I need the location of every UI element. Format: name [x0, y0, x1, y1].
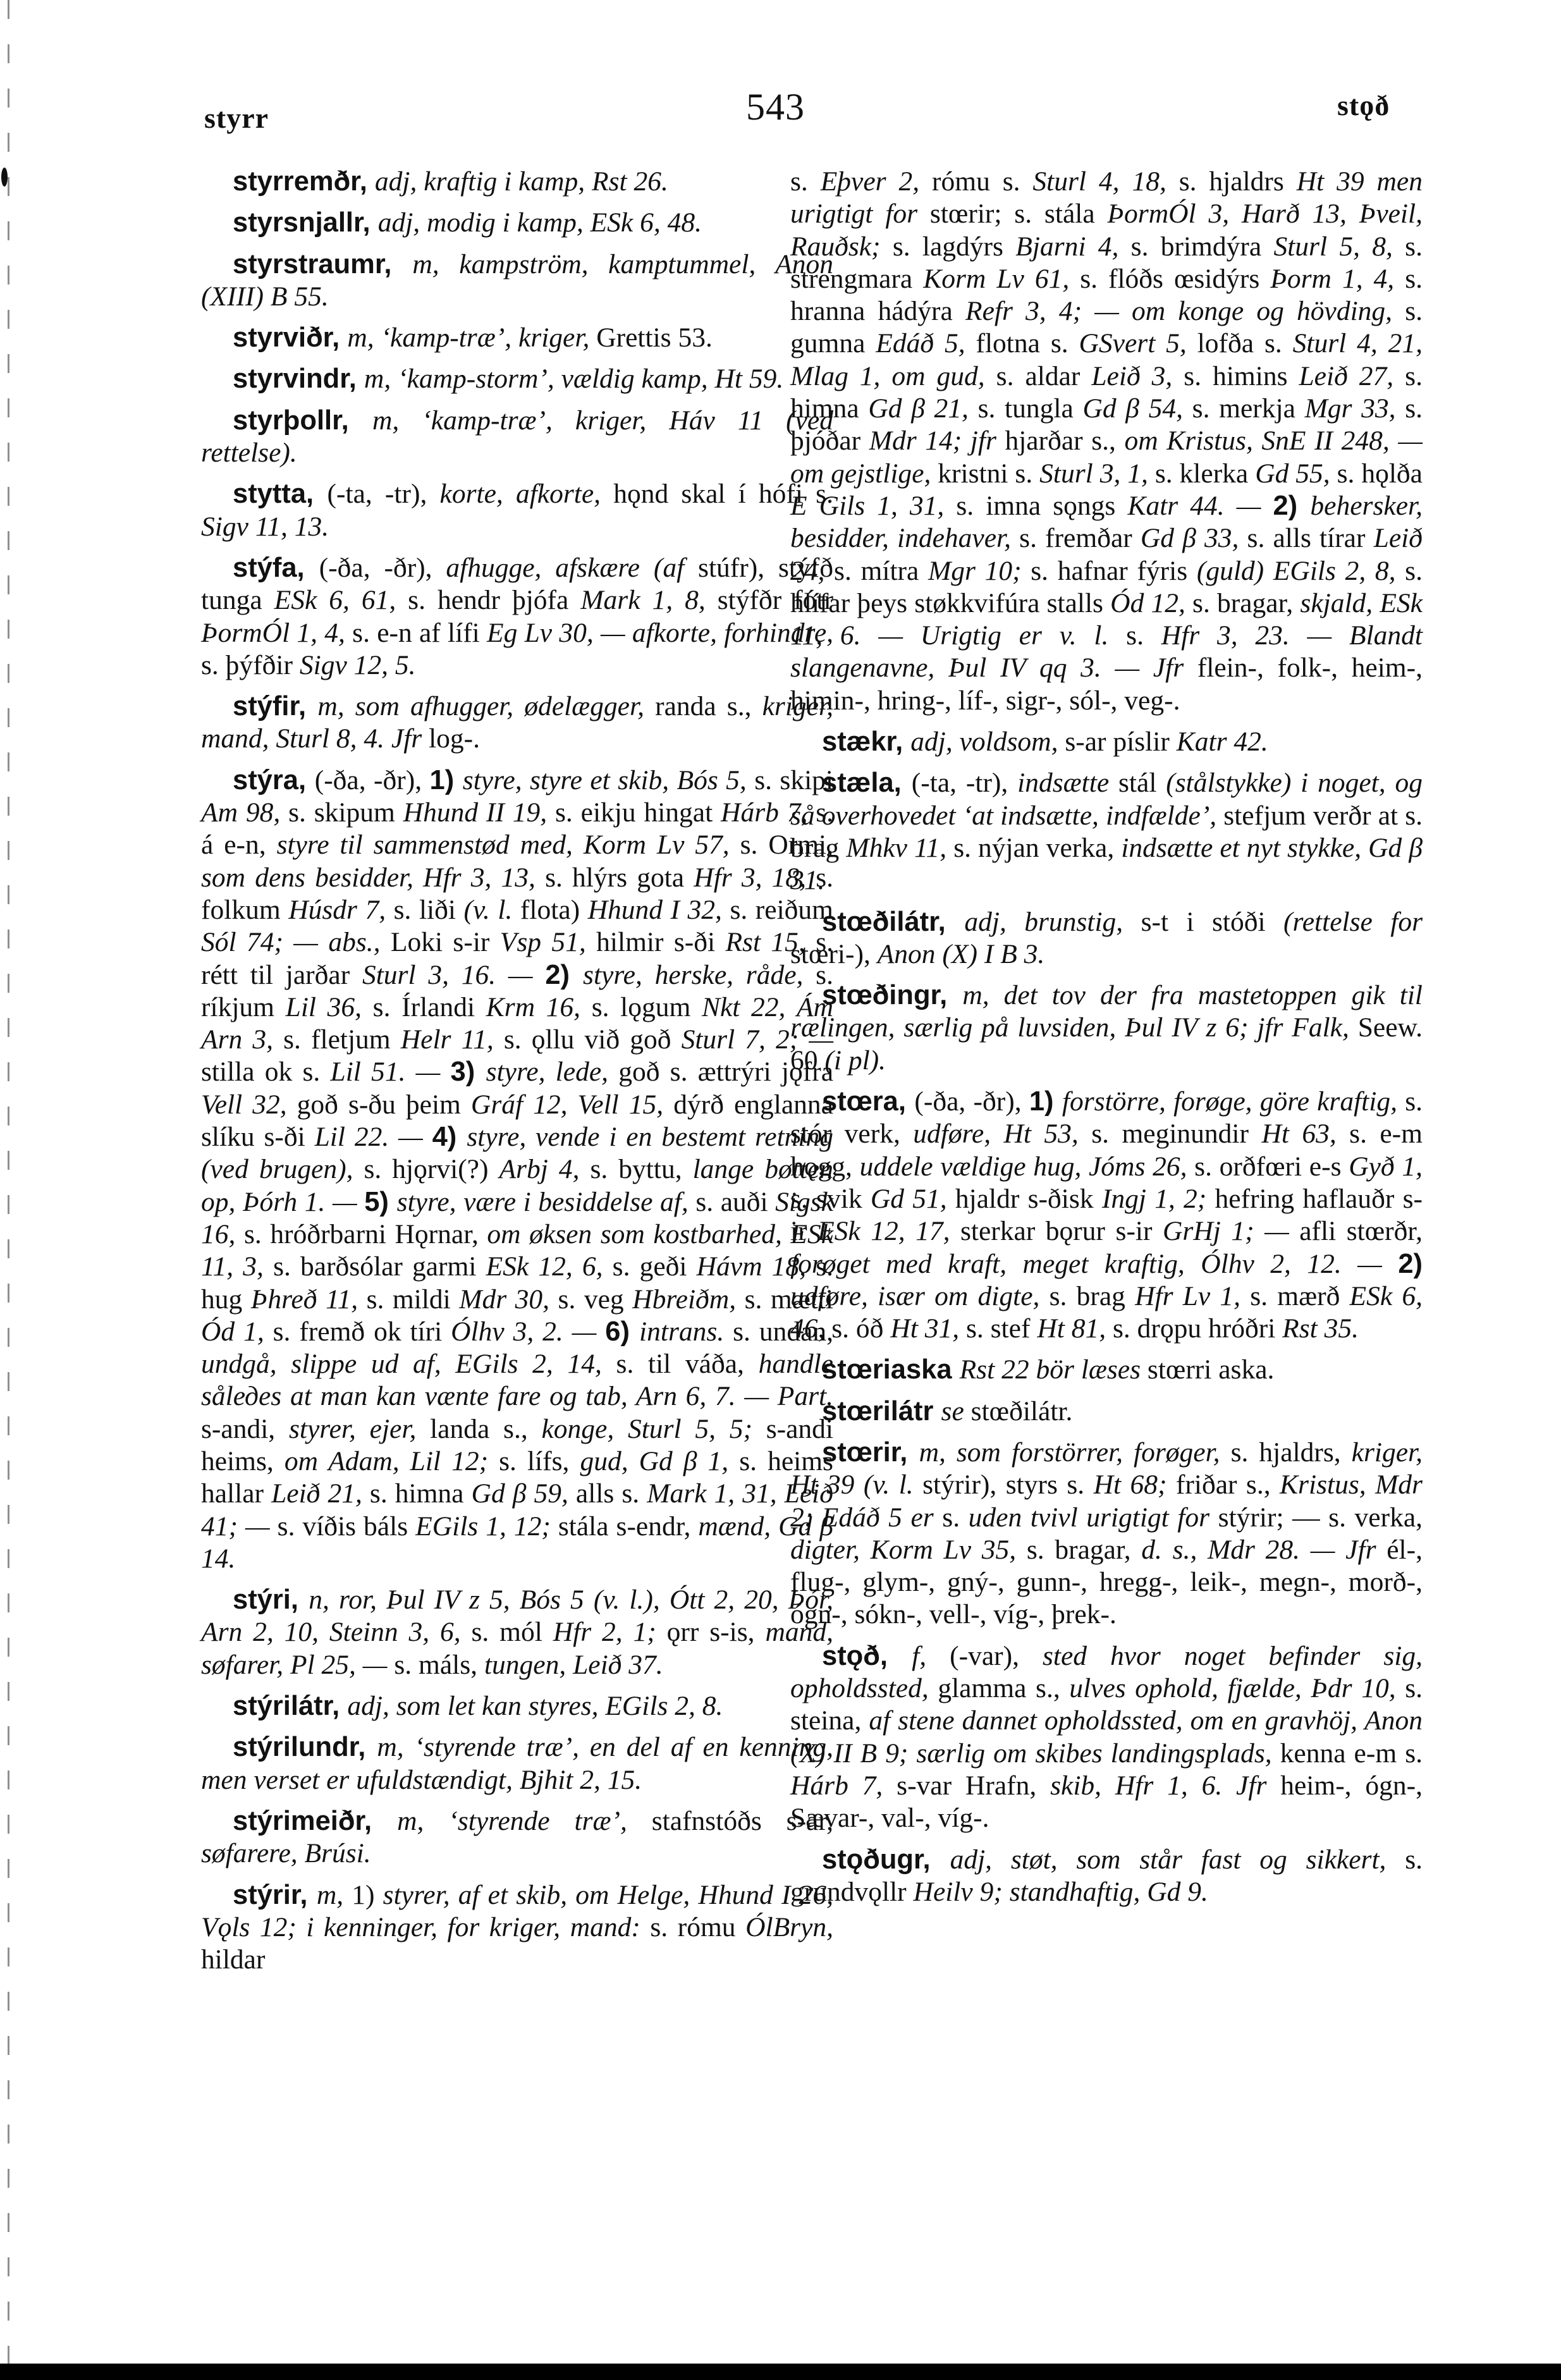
italic-text: ESk 6, 61, — [274, 585, 408, 615]
text: s. brimdýra — [1131, 231, 1274, 262]
text: stœrir; s. stála — [930, 199, 1108, 229]
italic-text: Gráf 12, Vell 15, — [471, 1089, 673, 1120]
italic-text: Katr 42. — [1177, 727, 1268, 757]
text: s. hjaldrs, — [1231, 1437, 1352, 1468]
headword: stœrilátr — [822, 1396, 941, 1426]
text: stál — [1118, 768, 1166, 798]
scan-bottom-border — [0, 2364, 1561, 2380]
text: stýrir), styrs s. — [922, 1469, 1093, 1500]
text: sterkar bǫrur s-ir — [960, 1216, 1163, 1246]
text: (-var), — [950, 1641, 1043, 1671]
text: hilmir s-ði — [596, 927, 725, 957]
text: stilla ok s. — [201, 1057, 331, 1087]
italic-text: m, som forstörrer, forøger, — [919, 1437, 1231, 1468]
italic-text: styre, styre et skib, Bós 5, — [463, 765, 754, 795]
right-column: s. Eþver 2, rómu s. Sturl 4, 18, s. hjal… — [790, 166, 1423, 1908]
text: rómu s. — [932, 166, 1032, 197]
text: s. bragar, — [1027, 1535, 1141, 1565]
text: s. máls, — [394, 1650, 484, 1680]
sense-number: 5) — [364, 1187, 396, 1217]
text: goð s-ðu þeim — [297, 1089, 471, 1120]
headword: stœriaska — [822, 1354, 960, 1385]
text: s-t i stóði — [1141, 907, 1283, 937]
dictionary-entry: stœrilátr se stœðilátr. — [790, 1395, 1423, 1428]
italic-text: Gd β 59, — [472, 1478, 576, 1509]
italic-text: Katr 44. — — [1127, 491, 1273, 521]
text: s. mól — [472, 1617, 553, 1647]
italic-text: Lil 36, — [286, 992, 373, 1022]
italic-text: intrans. — [639, 1316, 733, 1347]
italic-text: Hárb 7, — [790, 1770, 897, 1801]
dictionary-entry: stýrir, m, 1) styrer, af et skib, om Hel… — [201, 1879, 833, 1977]
italic-text: Húsdr 7, — [288, 895, 393, 925]
italic-text: digter, Korm Lv 35, — [790, 1535, 1027, 1565]
dictionary-entry: stýfa, (-ða, -ðr), afhugge, afskære (af … — [201, 552, 833, 682]
italic-text: gud, Gd β 1, — [580, 1446, 739, 1476]
text: s. barðsólar garmi — [273, 1251, 486, 1282]
italic-text: uden tvivl urigtigt for — [969, 1502, 1218, 1533]
italic-text: f, — [912, 1641, 950, 1671]
sense-number: 4) — [432, 1122, 467, 1152]
italic-text: adj, støt, som står fast og sikkert, — [950, 1844, 1405, 1875]
italic-text: Hfr 2, 1; — [553, 1617, 667, 1647]
dictionary-entry: stýra, (-ða, -ðr), 1) styre, styre et sk… — [201, 764, 833, 1575]
text: stœrri aska. — [1148, 1354, 1275, 1385]
text: flota) — [520, 895, 588, 925]
left-column: styrremðr, adj, kraftig i kamp, Rst 26.s… — [201, 166, 833, 1976]
italic-text: Eþver 2, — [821, 166, 932, 197]
text: s. auði — [695, 1187, 775, 1217]
italic-text: undgå, slippe ud af, EGils 2, 14, — [201, 1349, 616, 1379]
text: s. veg — [558, 1284, 633, 1315]
text: s. meginundir — [1091, 1119, 1261, 1149]
text: s. — [790, 166, 821, 197]
dictionary-entry: styrremðr, adj, kraftig i kamp, Rst 26. — [201, 166, 833, 198]
italic-text: forstörre, forøge, göre kraftig, — [1062, 1086, 1405, 1117]
italic-text: afhugge, afskære (af — [446, 553, 698, 583]
italic-text: GSvert 5, — [1079, 328, 1197, 359]
text: glamma s., — [938, 1673, 1069, 1703]
italic-text: Þhreð 11, — [251, 1284, 367, 1315]
text: Grettis 53. — [596, 322, 713, 353]
italic-text: ÓlBryn, — [745, 1912, 833, 1942]
entry-continuation: s. Eþver 2, rómu s. Sturl 4, 18, s. hjal… — [790, 166, 1423, 717]
italic-text: se — [941, 1396, 971, 1426]
text: s. hendr þjófa — [408, 585, 580, 615]
italic-text: Hhund I 32, — [588, 895, 730, 925]
italic-text: m, ‘kamp-storm’, vældig kamp, Ht 59. — [364, 364, 783, 394]
text: (-ða, -ðr), — [319, 553, 446, 583]
text: s. eikju hingat — [555, 797, 721, 828]
italic-text: GrHj 1; — — [1163, 1216, 1299, 1246]
italic-text: Krm 16, — [486, 992, 592, 1022]
dictionary-entry: stœðingr, m, det tov der fra mastetoppen… — [790, 979, 1423, 1077]
text: s. brag — [1050, 1281, 1136, 1311]
text: s. orðfœri e-s — [1194, 1151, 1349, 1182]
headword: stǫðugr, — [822, 1844, 950, 1875]
italic-text: søfarere, Brúsi. — [201, 1838, 371, 1868]
text: log-. — [429, 723, 480, 754]
text: s. óð — [831, 1313, 890, 1344]
italic-text: Sól 74; — abs., — [201, 927, 391, 957]
italic-text: Bjarni 4, — [1015, 231, 1130, 262]
headword: stýrimeiðr, — [233, 1806, 397, 1836]
italic-text: styre, herske, råde, — [583, 960, 816, 990]
italic-text: adj, brunstig, — [964, 907, 1141, 937]
italic-text: Þorm 1, 4, — [1270, 264, 1405, 294]
headword: stýrilundr, — [233, 1732, 377, 1762]
italic-text: Mhkv 11, — [846, 833, 953, 863]
text: flotna s. — [976, 328, 1079, 359]
italic-text: ESk 12, 6, — [486, 1251, 613, 1282]
italic-text: indsætte — [1017, 768, 1118, 798]
text: s. drǫpu hróðri — [1113, 1313, 1282, 1344]
dictionary-entry: styrviðr, m, ‘kamp-træ’, kriger, Grettis… — [201, 322, 833, 354]
italic-text: m, ‘styrende træ’, — [397, 1806, 652, 1836]
dictionary-entry: stæla, (-ta, -tr), indsætte stál (stålst… — [790, 767, 1423, 897]
italic-text: adj, voldsom, — [910, 727, 1065, 757]
italic-text: Leið 27, — [1299, 361, 1405, 391]
sense-number: 6) — [605, 1316, 639, 1347]
italic-text: Ht 68; — [1094, 1469, 1176, 1500]
italic-text: Ht 31, — [890, 1313, 966, 1344]
sense-number: 1) — [1029, 1086, 1062, 1117]
italic-text: Rst 35. — [1282, 1313, 1359, 1344]
text: ǫrr s-is, — [667, 1617, 766, 1647]
sense-number: 3) — [451, 1057, 486, 1087]
italic-text: Sigv 12, 5. — [300, 650, 416, 680]
text: s. merkja — [1192, 393, 1305, 424]
text: hildar — [201, 1944, 265, 1975]
text: s. imna sǫngs — [956, 491, 1127, 521]
text: s. skipum — [288, 797, 403, 828]
text: s. aldar — [996, 361, 1092, 391]
dictionary-entry: styrþollr, m, ‘kamp-træ’, kriger, Háv 11… — [201, 405, 833, 470]
italic-text: styre, lede, — [486, 1057, 619, 1087]
italic-text: Gd 51, — [871, 1184, 955, 1214]
italic-text: Ht 63, — [1261, 1119, 1349, 1149]
text: s. lagdýrs — [893, 231, 1015, 262]
italic-text: Anon (X) I B 3. — [878, 939, 1045, 969]
text: s. geði — [613, 1251, 697, 1282]
italic-text: uddele vældige hug, Jóms 26, — [860, 1151, 1195, 1182]
headword: stýra, — [233, 765, 315, 795]
text: s. hjaldrs — [1179, 166, 1297, 197]
text: s. mærð — [1250, 1281, 1349, 1311]
text: stála s-endr, — [558, 1511, 699, 1542]
dictionary-entry: stœðilátr, adj, brunstig, s-t i stóði (r… — [790, 906, 1423, 971]
dictionary-entry: stytta, (-ta, -tr), korte, afkorte, hǫnd… — [201, 478, 833, 543]
italic-text: Sigv 11, 13. — [201, 512, 329, 542]
italic-text: Mgr 10; — [928, 556, 1031, 586]
text: Loki s-ir — [391, 927, 500, 957]
italic-text: Leið 21, — [271, 1478, 370, 1509]
italic-text: Leið 3, — [1091, 361, 1184, 391]
italic-text: Ht 81, — [1037, 1313, 1113, 1344]
italic-text: Vsp 51, — [500, 927, 596, 957]
text: s. byttu, — [590, 1154, 692, 1184]
sense-number: 1) — [430, 765, 463, 795]
text: s. klerka — [1155, 458, 1255, 489]
sense-number: 2) — [1398, 1249, 1423, 1279]
dictionary-entry: stýrilundr, m, ‘styrende træ’, en del af… — [201, 1731, 833, 1796]
italic-text: Am 98, — [201, 797, 288, 828]
text: s. liði — [394, 895, 464, 925]
headword: styrsnjallr, — [233, 207, 378, 238]
text: s. himins — [1184, 361, 1299, 391]
headword: styrviðr, — [233, 322, 347, 353]
italic-text: Heilv 9; standhaftig, Gd 9. — [914, 1877, 1208, 1907]
italic-text: styrer, ejer, — [289, 1414, 430, 1444]
italic-text: Mdr 30, — [459, 1284, 558, 1315]
text: s. rómu — [650, 1912, 745, 1942]
italic-text: Gd 55, — [1255, 458, 1337, 489]
italic-text: Ólhv 3, 2. — — [451, 1316, 605, 1347]
italic-text: Vell 32, — [201, 1089, 297, 1120]
italic-text: styre, være i besiddelse af, — [397, 1187, 696, 1217]
text: s. — [942, 1502, 968, 1533]
dictionary-entry: stœrir, m, som forstörrer, forøger, s. h… — [790, 1437, 1423, 1631]
italic-text: (v. l. — [463, 895, 520, 925]
text: s. tungla — [978, 393, 1083, 424]
italic-text: adj, kraftig i kamp, Rst 26. — [375, 166, 668, 197]
italic-text: Helr 11, — [401, 1024, 504, 1055]
italic-text: (rettelse for — [1283, 907, 1423, 937]
text: s-ar píslir — [1065, 727, 1176, 757]
running-head-left: styrr — [204, 101, 269, 135]
text: s. lífs, — [499, 1446, 580, 1476]
text: stýrir; — s. verka, — [1218, 1502, 1423, 1533]
italic-text: Ód 12, — [1110, 588, 1192, 618]
text: stœðilátr. — [971, 1396, 1073, 1426]
text: s. nýjan verka, — [953, 833, 1121, 863]
text: s. hlýrs gota — [545, 862, 694, 893]
italic-text: Sturl 4, 18, — [1032, 166, 1178, 197]
italic-text: Arbj 4, — [499, 1154, 590, 1184]
italic-text: m, — [317, 1880, 352, 1910]
headword: stœðilátr, — [822, 907, 964, 937]
text: s. himna — [370, 1478, 472, 1509]
headword: styrstraumr, — [233, 249, 412, 279]
sense-number: 2) — [1273, 491, 1310, 521]
text: s. svik — [790, 1184, 871, 1214]
italic-text: m, som afhugger, ødelægger, — [317, 691, 655, 721]
headword: stœðingr, — [822, 980, 962, 1010]
italic-text: skib, Hfr 1, 6. Jfr — [1050, 1770, 1280, 1801]
italic-text: d. s., Mdr 28. — Jfr — [1141, 1535, 1387, 1565]
dictionary-entry: stýrilátr, adj, som let kan styres, EGil… — [201, 1690, 833, 1722]
italic-text: Lil 51. — — [331, 1057, 451, 1087]
text: (-ða, -ðr), — [315, 765, 430, 795]
italic-text: tungen, Leið 37. — [484, 1650, 663, 1680]
text: s. hjǫrvi(?) — [364, 1154, 499, 1184]
italic-text: Hbreiðm, — [632, 1284, 744, 1315]
dictionary-entry: stǫðugr, adj, støt, som står fast og sik… — [790, 1844, 1423, 1909]
italic-text: Sturl 3, 16. — — [362, 960, 545, 990]
italic-text: (i pl). — [824, 1045, 886, 1076]
italic-text: Eg Lv 30, — afkorte, forhindre, — [487, 618, 833, 648]
italic-text: Korm Lv 61, — [923, 264, 1080, 294]
text: s. — [1126, 620, 1161, 651]
text: s. ǫllu við goð — [504, 1024, 682, 1055]
page-number: 543 — [746, 85, 805, 129]
italic-text: Ingj 1, 2; — [1102, 1184, 1215, 1214]
scan-edge-line — [8, 0, 9, 2380]
text: hjaldr s-ðisk — [955, 1184, 1102, 1214]
text: alls s. — [576, 1478, 647, 1509]
italic-text: m, ‘kamp-træ’, kriger, — [347, 322, 596, 353]
italic-text: Mark 1, 8, — [580, 585, 717, 615]
headword: stýrir, — [233, 1880, 317, 1910]
italic-text: korte, afkorte, — [440, 479, 614, 509]
italic-text: som dens besidder, Hfr 3, 13, — [201, 862, 545, 893]
text: s. til váða, — [616, 1349, 759, 1379]
italic-text: konge, Sturl 5, 5; — [541, 1414, 766, 1444]
text: s-andi, — [201, 1414, 289, 1444]
dictionary-entry: stœriaska Rst 22 bör læses stœrri aska. — [790, 1354, 1423, 1386]
text: s-var Hrafn, — [897, 1770, 1050, 1801]
text: (-ta, -tr), — [328, 479, 440, 509]
text: (-ða, -ðr), — [914, 1086, 1029, 1117]
text: s. flóðs œsidýrs — [1080, 264, 1270, 294]
text: 1) — [352, 1880, 383, 1910]
text: s. bragar, — [1192, 588, 1300, 618]
headword: stýri, — [233, 1585, 309, 1615]
italic-text: adj, modig i kamp, ESk 6, 48. — [378, 207, 702, 238]
italic-text: om Adam, Lil 12; — [285, 1446, 499, 1476]
italic-text: Sturl 5, 8, — [1273, 231, 1405, 262]
dictionary-entry: stýfir, m, som afhugger, ødelægger, rand… — [201, 690, 833, 756]
italic-text: E Gils 1, 31, — [790, 491, 956, 521]
dictionary-entry: stœra, (-ða, -ðr), 1) forstörre, forøge,… — [790, 1086, 1423, 1345]
text: lofða s. — [1197, 328, 1293, 359]
headword: stœra, — [822, 1086, 914, 1117]
italic-text: Gd β 21, — [868, 393, 977, 424]
headword: stæla, — [822, 768, 912, 798]
italic-text: Edáð 5, — [876, 328, 976, 359]
italic-text: Gyð 1, — [1349, 1151, 1423, 1182]
headword: stækr, — [822, 727, 910, 757]
text: s. mítra — [834, 556, 928, 586]
italic-text: EGils 1, 12; — [415, 1511, 558, 1542]
text: hjarðar s., — [1005, 426, 1124, 456]
text: s. þýfðir — [201, 650, 300, 680]
text: s. e-n af lífi — [352, 618, 487, 648]
running-head-right: stǫð — [1337, 89, 1390, 122]
text: s. stef — [966, 1313, 1037, 1344]
italic-text: Mdr 14; jfr — [869, 426, 1005, 456]
italic-text: Ód 1, — [201, 1316, 273, 1347]
text: s. hróðrbarni Hǫrnar, — [244, 1219, 487, 1249]
headword: stytta, — [233, 479, 328, 509]
text: s. lǫgum — [592, 992, 702, 1022]
dictionary-entry: styrvindr, m, ‘kamp-storm’, vældig kamp,… — [201, 363, 833, 395]
dictionary-entry: stýri, n, ror, Þul IV z 5, Bós 5 (v. l.)… — [201, 1584, 833, 1681]
headword: stǫð, — [822, 1641, 912, 1671]
headword: styrremðr, — [233, 166, 375, 197]
italic-text: udføre, især om digte, — [790, 1281, 1050, 1311]
italic-text: udføre, Ht 53, — [913, 1119, 1091, 1149]
headword: stýfir, — [233, 691, 317, 721]
text: kristni s. — [938, 458, 1039, 489]
italic-text: ÞormÓl 1, 4, — [201, 618, 352, 648]
italic-text: styre til sammenstød med, Korm Lv 57, — [277, 830, 740, 860]
text: s. fletjum — [283, 1024, 401, 1055]
italic-text: adj, som let kan styres, EGils 2, 8. — [347, 1691, 723, 1721]
text: friðar s., — [1176, 1469, 1280, 1500]
text: s. mildi — [367, 1284, 460, 1315]
italic-text: forøget med kraft, meget kraftig, Ólhv 2… — [790, 1249, 1398, 1279]
text: s. hǫlða — [1337, 458, 1423, 489]
text: landa s., — [430, 1414, 541, 1444]
sense-number: 2) — [545, 960, 583, 990]
italic-text: Sturl 3, 1, — [1039, 458, 1155, 489]
dictionary-entry: stǫð, f, (-var), sted hvor noget befinde… — [790, 1640, 1423, 1835]
text: s. víðis báls — [278, 1511, 415, 1542]
headword: styrþollr, — [233, 405, 372, 436]
dictionary-entry: styrstraumr, m, kampström, kamptummel, A… — [201, 248, 833, 314]
text: (-ta, -tr), — [912, 768, 1017, 798]
italic-text: Mgr 33, — [1305, 393, 1405, 424]
italic-text: Lil 22. — — [315, 1122, 432, 1152]
text: s. fremðar — [1019, 523, 1141, 553]
headword: styrvindr, — [233, 364, 364, 394]
text: randa s., — [655, 691, 762, 721]
italic-text: Hfr Lv 1, — [1135, 1281, 1250, 1311]
headword: stýfa, — [233, 553, 319, 583]
text: afli stœrðr, — [1299, 1216, 1423, 1246]
italic-text: (guld) EGils 2, 8, — [1197, 556, 1405, 586]
headword: stýrilátr, — [233, 1691, 347, 1721]
scan-edge-mark — [1, 168, 8, 187]
italic-text: Hhund II 19, — [403, 797, 555, 828]
dictionary-entry: styrsnjallr, adj, modig i kamp, ESk 6, 4… — [201, 207, 833, 239]
italic-text: ulves ophold, fjælde, Þdr 10, — [1069, 1673, 1405, 1703]
text: s. hafnar fýris — [1031, 556, 1197, 586]
italic-text: Refr 3, 4; — om konge og hövding, — [965, 296, 1405, 326]
text: s. Írlandi — [373, 992, 486, 1022]
headword: stœrir, — [822, 1437, 919, 1468]
italic-text: Gd β 54, — [1082, 393, 1192, 424]
text: kenna e-m s. — [1280, 1738, 1423, 1769]
text: s. alls tírar — [1247, 523, 1374, 553]
italic-text: ESk 12, 17, — [817, 1216, 960, 1246]
text: s. fremð ok tíri — [273, 1316, 451, 1347]
dictionary-entry: stýrimeiðr, m, ‘styrende træ’, stafnstóð… — [201, 1805, 833, 1870]
italic-text: Rst 22 bör læses — [960, 1354, 1148, 1385]
text: stœri-), — [790, 939, 878, 969]
dictionary-entry: stækr, adj, voldsom, s-ar píslir Katr 42… — [790, 726, 1423, 758]
italic-text: Gd β 33, — [1141, 523, 1247, 553]
